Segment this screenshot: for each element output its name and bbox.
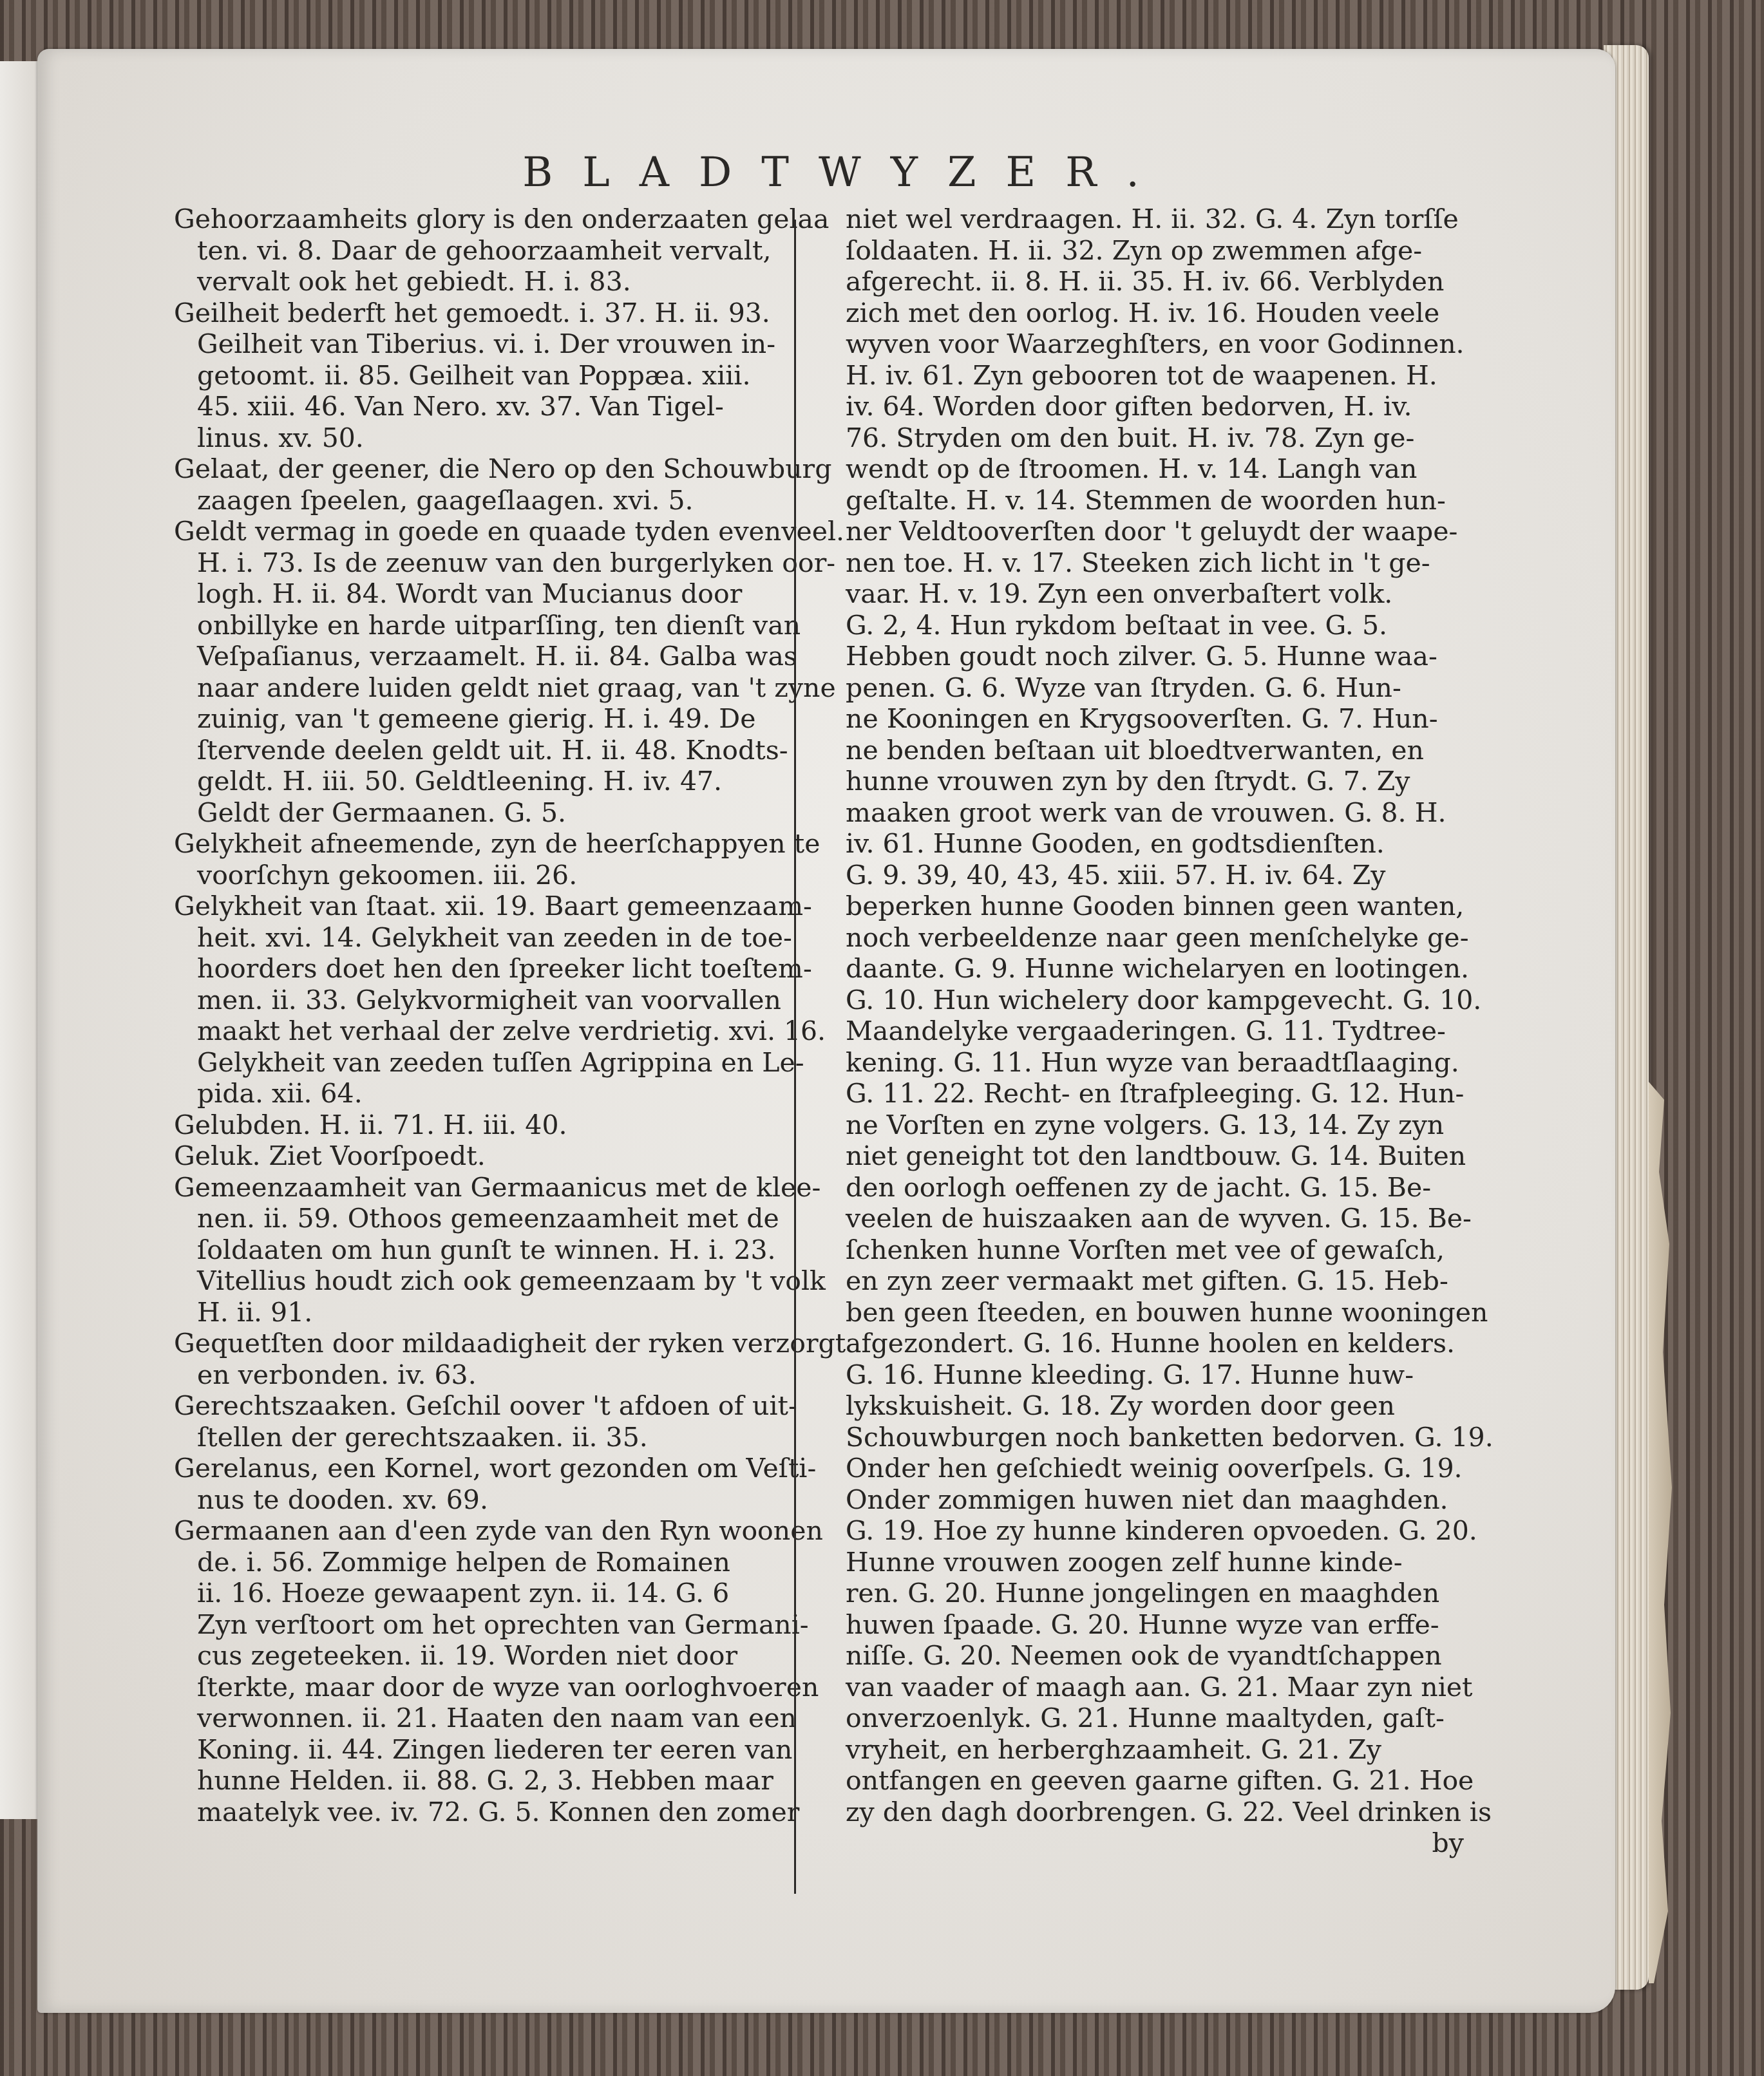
index-line: hunne Helden. ii. 88. G. 2, 3. Hebben ma… <box>197 1765 815 1797</box>
index-line: Geluk. Ziet Voorſpoedt. <box>174 1140 815 1172</box>
index-line: geſtalte. H. v. 14. Stemmen de woorden h… <box>846 485 1464 516</box>
book-page: BLADTWYZER. Gehoorzaamheits glory is den… <box>37 49 1615 2013</box>
index-line: Gemeenzaamheit van Germaanicus met de kl… <box>174 1172 815 1203</box>
index-line: Zyn verſtoort om het oprechten van Germa… <box>197 1609 815 1641</box>
index-line: Veſpaſianus, verzaamelt. H. ii. 84. Galb… <box>197 641 815 672</box>
index-line: H. i. 73. Is de zeenuw van den burgerlyk… <box>197 547 815 579</box>
index-entry: Gelykheit afneemende, zyn de heerſchappy… <box>174 828 815 891</box>
index-column-right: niet wel verdraagen. H. ii. 32. G. 4. Zy… <box>846 203 1464 1859</box>
index-entry: Gerelanus, een Kornel, wort gezonden om … <box>174 1453 815 1515</box>
index-line: getoomt. ii. 85. Geilheit van Poppæa. xi… <box>197 360 815 392</box>
index-line: verwonnen. ii. 21. Haaten den naam van e… <box>197 1703 815 1734</box>
index-line: zuinig, van 't gemeene gierig. H. i. 49.… <box>197 703 815 735</box>
index-line: H. iv. 61. Zyn gebooren tot de waapenen.… <box>846 360 1464 392</box>
index-line: veelen de huiszaaken aan de wyven. G. 15… <box>846 1203 1464 1234</box>
index-line: daante. G. 9. Hunne wichelaryen en looti… <box>846 953 1464 985</box>
index-line: penen. G. 6. Wyze van ſtryden. G. 6. Hun… <box>846 672 1464 704</box>
index-line: ne Vorſten en zyne volgers. G. 13, 14. Z… <box>846 1109 1464 1141</box>
index-line: ten. vi. 8. Daar de gehoorzaamheit verva… <box>197 235 815 267</box>
index-line: ſchenken hunne Vorſten met vee of gewaſc… <box>846 1234 1464 1266</box>
index-entry: Gemeenzaamheit van Germaanicus met de kl… <box>174 1172 815 1328</box>
index-line: niſſe. G. 20. Neemen ook de vyandtſchapp… <box>846 1640 1464 1672</box>
index-line: Gerechtszaaken. Geſchil oover 't afdoen … <box>174 1390 815 1422</box>
index-line: vervalt ook het gebiedt. H. i. 83. <box>197 266 815 297</box>
index-line: noch verbeeldenze naar geen menſchelyke … <box>846 922 1464 954</box>
index-line: huwen ſpaade. G. 20. Hunne wyze van erff… <box>846 1609 1464 1641</box>
index-line: Maandelyke vergaaderingen. G. 11. Tydtre… <box>846 1015 1464 1047</box>
torn-page-edge <box>1649 1082 1674 1983</box>
index-line: ſtellen der gerechtszaaken. ii. 35. <box>197 1422 815 1453</box>
index-line: ren. G. 20. Hunne jongelingen en maaghde… <box>846 1578 1464 1609</box>
index-line: G. 11. 22. Recht- en ſtrafpleeging. G. 1… <box>846 1078 1464 1109</box>
index-line: Geilheit van Tiberius. vi. i. Der vrouwe… <box>197 328 815 360</box>
catchword: by <box>846 1827 1464 1859</box>
index-entry: Gelykheit van ſtaat. xii. 19. Baart geme… <box>174 891 815 1109</box>
index-line: lykskuisheit. G. 18. Zy worden door geen <box>846 1390 1464 1422</box>
index-line: iv. 64. Worden door giften bedorven, H. … <box>846 391 1464 422</box>
index-line: den oorlogh oeffenen zy de jacht. G. 15.… <box>846 1172 1464 1203</box>
index-entry: Gehoorzaamheits glory is den onderzaaten… <box>174 203 815 297</box>
index-line: wyven voor Waarzeghſters, en voor Godinn… <box>846 328 1464 360</box>
index-line: ſtervende deelen geldt uit. H. ii. 48. K… <box>197 735 815 766</box>
index-line: iv. 61. Hunne Gooden, en godtsdienſten. <box>846 828 1464 860</box>
index-line: geldt. H. iii. 50. Geldtleening. H. iv. … <box>197 766 815 797</box>
index-line: Onder hen geſchiedt weinig ooverſpels. G… <box>846 1453 1464 1484</box>
index-line: Gelykheit van ſtaat. xii. 19. Baart geme… <box>174 891 815 922</box>
index-entry: Geilheit bederft het gemoedt. i. 37. H. … <box>174 297 815 454</box>
index-line: ben geen ſteeden, en bouwen hunne woonin… <box>846 1297 1464 1328</box>
index-line: Germaanen aan d'een zyde van den Ryn woo… <box>174 1515 815 1547</box>
index-line: vaar. H. v. 19. Zyn een onverbaſtert vol… <box>846 578 1464 610</box>
index-entry: Geluk. Ziet Voorſpoedt. <box>174 1140 815 1172</box>
index-entry: Geldt vermag in goede en quaade tyden ev… <box>174 516 815 828</box>
index-line: ſoldaaten. H. ii. 32. Zyn op zwemmen afg… <box>846 235 1464 267</box>
index-line: en verbonden. iv. 63. <box>197 1359 815 1391</box>
index-line: beperken hunne Gooden binnen geen wanten… <box>846 891 1464 922</box>
index-line: Gelubden. H. ii. 71. H. iii. 40. <box>174 1109 815 1141</box>
index-line: G. 19. Hoe zy hunne kinderen opvoeden. G… <box>846 1515 1464 1547</box>
index-line: Gerelanus, een Kornel, wort gezonden om … <box>174 1453 815 1484</box>
index-line: zaagen ſpeelen, gaageſlaagen. xvi. 5. <box>197 485 815 516</box>
index-line: naar andere luiden geldt niet graag, van… <box>197 672 815 704</box>
index-line: G. 2, 4. Hun rykdom beſtaat in vee. G. 5… <box>846 610 1464 641</box>
index-line: kening. G. 11. Hun wyze van beraadtſlaag… <box>846 1047 1464 1079</box>
index-line: vryheit, en herberghzaamheit. G. 21. Zy <box>846 1734 1464 1766</box>
index-line: 76. Stryden om den buit. H. iv. 78. Zyn … <box>846 422 1464 454</box>
index-line: Gelykheit van zeeden tuſſen Agrippina en… <box>197 1047 815 1079</box>
index-line: nen toe. H. v. 17. Steeken zich licht in… <box>846 547 1464 579</box>
column-divider-rule <box>794 220 796 1894</box>
index-line: Gehoorzaamheits glory is den onderzaaten… <box>174 203 815 235</box>
index-line: maatelyk vee. iv. 72. G. 5. Konnen den z… <box>197 1797 815 1828</box>
index-line: G. 10. Hun wichelery door kampgevecht. G… <box>846 985 1464 1016</box>
index-line: maakt het verhaal der zelve verdrietig. … <box>197 1015 815 1047</box>
index-line: niet geneight tot den landtbouw. G. 14. … <box>846 1140 1464 1172</box>
index-line: niet wel verdraagen. H. ii. 32. G. 4. Zy… <box>846 203 1464 235</box>
index-line: ner Veldtooverſten door 't geluydt der w… <box>846 516 1464 547</box>
index-line: zich met den oorlog. H. iv. 16. Houden v… <box>846 297 1464 329</box>
index-line: onverzoenlyk. G. 21. Hunne maaltyden, ga… <box>846 1703 1464 1734</box>
index-line: linus. xv. 50. <box>197 422 815 454</box>
index-line: 45. xiii. 46. Van Nero. xv. 37. Van Tige… <box>197 391 815 422</box>
index-line: heit. xvi. 14. Gelykheit van zeeden in d… <box>197 922 815 954</box>
page-header-title: BLADTWYZER. <box>37 149 1615 196</box>
index-entry: Gequetſten door mildaadigheit der ryken … <box>174 1328 815 1390</box>
index-line: Gelaat, der geener, die Nero op den Scho… <box>174 453 815 485</box>
index-line: zy den dagh doorbrengen. G. 22. Veel dri… <box>846 1797 1464 1828</box>
index-line: logh. H. ii. 84. Wordt van Mucianus door <box>197 578 815 610</box>
index-line: voorſchyn gekoomen. iii. 26. <box>197 860 815 891</box>
index-line: Geilheit bederft het gemoedt. i. 37. H. … <box>174 297 815 329</box>
index-entry: Gerechtszaaken. Geſchil oover 't afdoen … <box>174 1390 815 1453</box>
index-line: afgerecht. ii. 8. H. ii. 35. H. iv. 66. … <box>846 266 1464 297</box>
index-line: de. i. 56. Zommige helpen de Romainen <box>197 1547 815 1578</box>
index-line: nen. ii. 59. Othoos gemeenzaamheit met d… <box>197 1203 815 1234</box>
index-line: Onder zommigen huwen niet dan maaghden. <box>846 1484 1464 1516</box>
index-line: nus te dooden. xv. 69. <box>197 1484 815 1516</box>
index-line: ſterkte, maar door de wyze van oorloghvo… <box>197 1672 815 1703</box>
index-line: Schouwburgen noch banketten bedorven. G.… <box>846 1422 1464 1453</box>
index-line: hunne vrouwen zyn by den ſtrydt. G. 7. Z… <box>846 766 1464 797</box>
index-line: ii. 16. Hoeze gewaapent zyn. ii. 14. G. … <box>197 1578 815 1609</box>
index-line: afgezondert. G. 16. Hunne hoolen en keld… <box>846 1328 1464 1359</box>
index-line: Hebben goudt noch zilver. G. 5. Hunne wa… <box>846 641 1464 672</box>
index-line: maaken groot werk van de vrouwen. G. 8. … <box>846 797 1464 829</box>
index-line: H. ii. 91. <box>197 1297 815 1328</box>
index-line: ontfangen en geeven gaarne giften. G. 21… <box>846 1765 1464 1797</box>
index-line: hoorders doet hen den ſpreeker licht toe… <box>197 953 815 985</box>
index-line: ſoldaaten om hun gunſt te winnen. H. i. … <box>197 1234 815 1266</box>
index-line: cus zegeteeken. ii. 19. Worden niet door <box>197 1640 815 1672</box>
index-line: Geldt vermag in goede en quaade tyden ev… <box>174 516 815 547</box>
index-line: en zyn zeer vermaakt met giften. G. 15. … <box>846 1265 1464 1297</box>
index-line: wendt op de ſtroomen. H. v. 14. Langh va… <box>846 453 1464 485</box>
index-line: Gequetſten door mildaadigheit der ryken … <box>174 1328 815 1359</box>
index-line: Hunne vrouwen zoogen zelf hunne kinde- <box>846 1547 1464 1578</box>
index-line: pida. xii. 64. <box>197 1078 815 1109</box>
index-entry: Gelubden. H. ii. 71. H. iii. 40. <box>174 1109 815 1141</box>
index-line: ne Kooningen en Krygsooverſten. G. 7. Hu… <box>846 703 1464 735</box>
index-line: van vaader of maagh aan. G. 21. Maar zyn… <box>846 1672 1464 1703</box>
index-line: Geldt der Germaanen. G. 5. <box>197 797 815 829</box>
index-entry: Germaanen aan d'een zyde van den Ryn woo… <box>174 1515 815 1827</box>
index-line: G. 9. 39, 40, 43, 45. xiii. 57. H. iv. 6… <box>846 860 1464 891</box>
index-line: G. 16. Hunne kleeding. G. 17. Hunne huw- <box>846 1359 1464 1391</box>
index-entry: Gelaat, der geener, die Nero op den Scho… <box>174 453 815 516</box>
index-line: onbillyke en harde uitparſſing, ten dien… <box>197 610 815 641</box>
index-column-left: Gehoorzaamheits glory is den onderzaaten… <box>174 203 815 1827</box>
index-line: ne benden beſtaan uit bloedtverwanten, e… <box>846 735 1464 766</box>
index-line: men. ii. 33. Gelykvormigheit van voorval… <box>197 985 815 1016</box>
index-line: Gelykheit afneemende, zyn de heerſchappy… <box>174 828 815 860</box>
facing-page-edge <box>0 61 39 1819</box>
index-line: Vitellius houdt zich ook gemeenzaam by '… <box>197 1265 815 1297</box>
index-line: Koning. ii. 44. Zingen liederen ter eere… <box>197 1734 815 1766</box>
